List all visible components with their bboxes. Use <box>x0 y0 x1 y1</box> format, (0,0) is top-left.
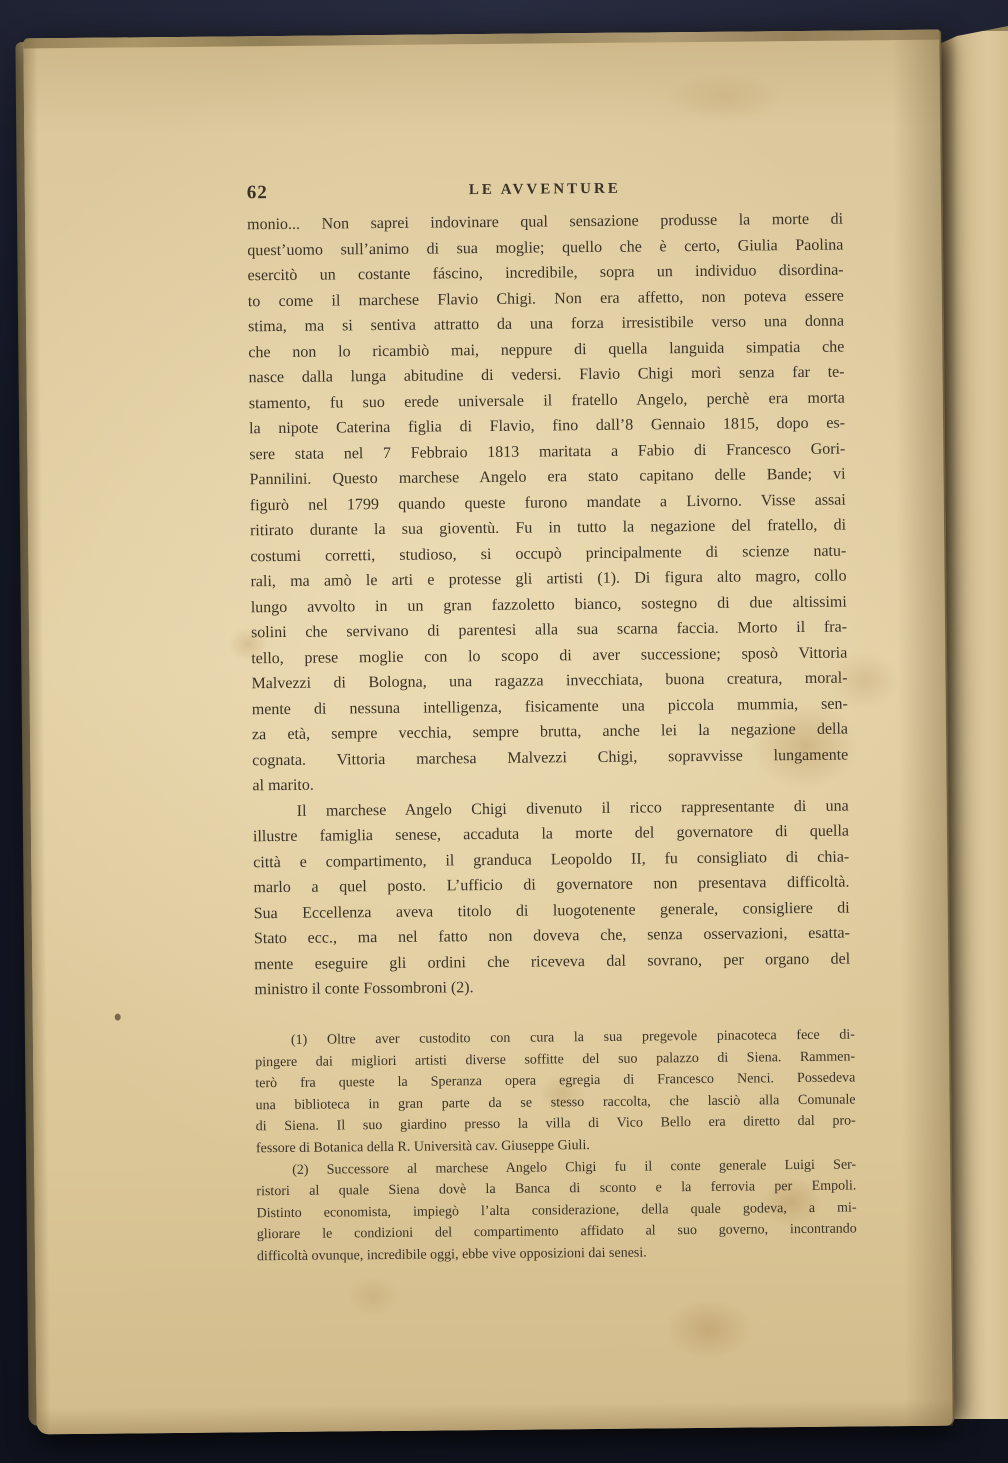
footnotes-block: (1) Oltre aver custodito con cura la sua… <box>255 1025 857 1268</box>
page-number: 62 <box>247 182 268 204</box>
page-header: 62 LE AVVENTURE <box>247 175 843 207</box>
running-header: LE AVVENTURE <box>469 181 621 199</box>
paragraph-second: Il marchese Angelo Chigi divenuto il ric… <box>253 793 851 1003</box>
body-text-column: monio... Non saprei indovinare qual sens… <box>247 207 851 1003</box>
page-content: 62 LE AVVENTURE monio... Non saprei indo… <box>23 30 952 1435</box>
book-page: 62 LE AVVENTURE monio... Non saprei indo… <box>23 30 954 1435</box>
footnote-2: (2) Successore al marchese Angelo Chigi … <box>256 1154 857 1268</box>
footnote-text-line: difficoltà ovunque, incredibile oggi, eb… <box>257 1240 857 1267</box>
body-text-line: ministro il conte Fossombroni (2). <box>254 972 850 1003</box>
paragraph-continuation: monio... Non saprei indovinare qual sens… <box>247 207 849 799</box>
footnote-1: (1) Oltre aver custodito con cura la sua… <box>255 1025 856 1160</box>
photo-backdrop: 62 LE AVVENTURE monio... Non saprei indo… <box>0 0 1008 1463</box>
